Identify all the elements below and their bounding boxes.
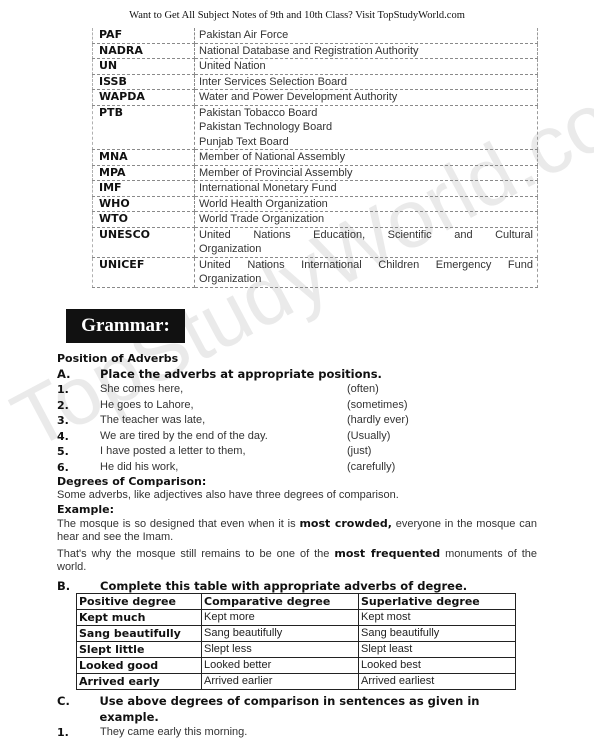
example-paragraph-1: The mosque is so designed that even when…	[57, 517, 537, 545]
item-hint: (just)	[347, 444, 371, 460]
item-number: 6.	[57, 460, 100, 476]
abbreviation: PTB	[93, 105, 195, 150]
item-number: 4.	[57, 429, 100, 445]
degree-row: Kept muchKept moreKept most	[77, 610, 516, 626]
abbreviation-row: WHOWorld Health Organization	[93, 196, 538, 212]
full-form-line: Pakistan Air Force	[199, 28, 533, 43]
abbreviation-full-form: United Nations International Children Em…	[195, 257, 538, 287]
example-heading: Example:	[57, 503, 537, 517]
full-form-line: Pakistan Tobacco Board	[199, 106, 533, 121]
item-number: 3.	[57, 413, 100, 429]
abbreviation-full-form: United Nation	[195, 59, 538, 75]
abbreviation-full-form: World Trade Organization	[195, 212, 538, 228]
exercise-item: 4.We are tired by the end of the day.(Us…	[57, 429, 537, 445]
degrees-text: Some adverbs, like adjectives also have …	[57, 489, 537, 503]
abbreviation-full-form: National Database and Registration Autho…	[195, 43, 538, 59]
header-superlative: Superlative degree	[359, 594, 516, 610]
full-form-line: Water and Power Development Authority	[199, 90, 533, 105]
abbreviation: WHO	[93, 196, 195, 212]
section-a-title-row: A. Place the adverbs at appropriate posi…	[57, 366, 537, 382]
item-text: He did his work,	[100, 460, 347, 476]
item-hint: (sometimes)	[347, 398, 408, 414]
full-form-line: Member of Provincial Assembly	[199, 166, 533, 181]
positive-cell: Looked good	[77, 658, 202, 674]
full-form-line: World Health Organization	[199, 197, 533, 212]
superlative-cell: Sang beautifully	[359, 626, 516, 642]
item-hint: (carefully)	[347, 460, 395, 476]
abbreviation-full-form: Pakistan Tobacco BoardPakistan Technolog…	[195, 105, 538, 150]
abbreviation: PAF	[93, 28, 195, 43]
full-form-line: Pakistan Technology Board	[199, 120, 533, 135]
exercise-item: 5.I have posted a letter to them,(just)	[57, 444, 537, 460]
comparative-cell: Slept less	[202, 642, 359, 658]
section-a-title: Place the adverbs at appropriate positio…	[100, 366, 382, 382]
section-c: C. Use above degrees of comparison in se…	[57, 693, 537, 741]
abbreviation-row: IMFInternational Monetary Fund	[93, 181, 538, 197]
exercise-item: 1.She comes here,(often)	[57, 382, 537, 398]
comparative-cell: Arrived earlier	[202, 674, 359, 690]
abbreviation-full-form: Water and Power Development Authority	[195, 90, 538, 106]
abbreviation-full-form: Inter Services Selection Board	[195, 74, 538, 90]
section-a: Position of Adverbs A. Place the adverbs…	[57, 352, 537, 475]
section-c-title-row: C. Use above degrees of comparison in se…	[57, 693, 537, 725]
degree-row: Slept littleSlept lessSlept least	[77, 642, 516, 658]
abbreviation-full-form: Member of Provincial Assembly	[195, 165, 538, 181]
positive-cell: Sang beautifully	[77, 626, 202, 642]
superlative-cell: Looked best	[359, 658, 516, 674]
section-b-title-row: B. Complete this table with appropriate …	[57, 578, 537, 594]
abbreviation: ISSB	[93, 74, 195, 90]
positive-cell: Arrived early	[77, 674, 202, 690]
item-hint: (Usually)	[347, 429, 390, 445]
item-text: They came early this morning.	[100, 725, 247, 741]
superlative-cell: Slept least	[359, 642, 516, 658]
comparative-cell: Sang beautifully	[202, 626, 359, 642]
full-form-line: United Nation	[199, 59, 533, 74]
example-paragraph-2: That's why the mosque still remains to b…	[57, 547, 537, 575]
exercise-item: 1.They came early this morning.	[57, 725, 537, 741]
item-number: 1.	[57, 725, 100, 741]
abbreviation-row: NADRANational Database and Registration …	[93, 43, 538, 59]
example-1-bold: most crowded,	[299, 517, 391, 530]
item-number: 2.	[57, 398, 100, 414]
section-b-title: Complete this table with appropriate adv…	[100, 578, 467, 594]
superlative-cell: Kept most	[359, 610, 516, 626]
abbreviation: UNESCO	[93, 227, 195, 257]
abbreviation-row: PAFPakistan Air Force	[93, 28, 538, 43]
full-form-line: Organization	[199, 272, 533, 287]
abbreviation-full-form: World Health Organization	[195, 196, 538, 212]
section-a-items: 1.She comes here,(often)2.He goes to Lah…	[57, 382, 537, 475]
abbreviation: UN	[93, 59, 195, 75]
header-note: Want to Get All Subject Notes of 9th and…	[0, 10, 594, 21]
example-1-text: The mosque is so designed that even when…	[57, 518, 299, 530]
section-c-title: Use above degrees of comparison in sente…	[99, 693, 537, 725]
item-number: 1.	[57, 382, 100, 398]
degree-table-header-row: Positive degree Comparative degree Super…	[77, 594, 516, 610]
abbreviation-row: MNAMember of National Assembly	[93, 150, 538, 166]
section-c-items: 1.They came early this morning.	[57, 725, 537, 741]
full-form-line: Member of National Assembly	[199, 150, 533, 165]
full-form-line: Organization	[199, 242, 533, 257]
abbreviation-row: UNESCOUnited Nations Education, Scientif…	[93, 227, 538, 257]
example-2-text: That's why the mosque still remains to b…	[57, 548, 334, 560]
abbreviation-row: UNUnited Nation	[93, 59, 538, 75]
exercise-item: 3.The teacher was late,(hardly ever)	[57, 413, 537, 429]
item-hint: (hardly ever)	[347, 413, 409, 429]
positive-cell: Slept little	[77, 642, 202, 658]
abbreviation: IMF	[93, 181, 195, 197]
section-a-letter: A.	[57, 366, 100, 382]
item-text: The teacher was late,	[100, 413, 347, 429]
full-form-line: United Nations International Children Em…	[199, 258, 533, 273]
degree-row: Sang beautifullySang beautifullySang bea…	[77, 626, 516, 642]
abbreviation-row: MPAMember of Provincial Assembly	[93, 165, 538, 181]
item-number: 5.	[57, 444, 100, 460]
abbreviation-row: WAPDAWater and Power Development Authori…	[93, 90, 538, 106]
comparative-cell: Looked better	[202, 658, 359, 674]
comparative-cell: Kept more	[202, 610, 359, 626]
abbreviation-row: PTBPakistan Tobacco BoardPakistan Techno…	[93, 105, 538, 150]
abbreviations-table: PAFPakistan Air ForceNADRANational Datab…	[92, 28, 538, 288]
abbreviation-row: UNICEFUnited Nations International Child…	[93, 257, 538, 287]
superlative-cell: Arrived earliest	[359, 674, 516, 690]
abbreviation-full-form: Member of National Assembly	[195, 150, 538, 166]
item-text: I have posted a letter to them,	[100, 444, 347, 460]
full-form-line: Punjab Text Board	[199, 135, 533, 150]
header-comparative: Comparative degree	[202, 594, 359, 610]
header-positive: Positive degree	[77, 594, 202, 610]
degree-row: Arrived earlyArrived earlierArrived earl…	[77, 674, 516, 690]
item-text: We are tired by the end of the day.	[100, 429, 347, 445]
section-b-letter: B.	[57, 578, 100, 594]
abbreviation: MPA	[93, 165, 195, 181]
abbreviation-row: WTOWorld Trade Organization	[93, 212, 538, 228]
section-b: B. Complete this table with appropriate …	[57, 578, 537, 594]
exercise-item: 2.He goes to Lahore,(sometimes)	[57, 398, 537, 414]
abbreviation-full-form: United Nations Education, Scientific and…	[195, 227, 538, 257]
abbreviation-row: ISSBInter Services Selection Board	[93, 74, 538, 90]
degrees-heading: Degrees of Comparison:	[57, 475, 537, 489]
section-c-letter: C.	[57, 693, 99, 725]
full-form-line: United Nations Education, Scientific and…	[199, 228, 533, 243]
full-form-line: Inter Services Selection Board	[199, 75, 533, 90]
grammar-banner: Grammar:	[66, 309, 185, 343]
full-form-line: International Monetary Fund	[199, 181, 533, 196]
item-text: He goes to Lahore,	[100, 398, 347, 414]
abbreviation: MNA	[93, 150, 195, 166]
degrees-section: Degrees of Comparison: Some adverbs, lik…	[57, 475, 537, 575]
abbreviation: WTO	[93, 212, 195, 228]
item-text: She comes here,	[100, 382, 347, 398]
example-2-bold: most frequented	[334, 547, 440, 560]
degree-table: Positive degree Comparative degree Super…	[76, 593, 516, 690]
item-hint: (often)	[347, 382, 379, 398]
abbreviation: WAPDA	[93, 90, 195, 106]
exercise-item: 6.He did his work,(carefully)	[57, 460, 537, 476]
abbreviation: UNICEF	[93, 257, 195, 287]
position-heading: Position of Adverbs	[57, 352, 537, 366]
full-form-line: National Database and Registration Autho…	[199, 44, 533, 59]
abbreviation-full-form: International Monetary Fund	[195, 181, 538, 197]
positive-cell: Kept much	[77, 610, 202, 626]
full-form-line: World Trade Organization	[199, 212, 533, 227]
degree-row: Looked goodLooked betterLooked best	[77, 658, 516, 674]
abbreviation: NADRA	[93, 43, 195, 59]
abbreviation-full-form: Pakistan Air Force	[195, 28, 538, 43]
